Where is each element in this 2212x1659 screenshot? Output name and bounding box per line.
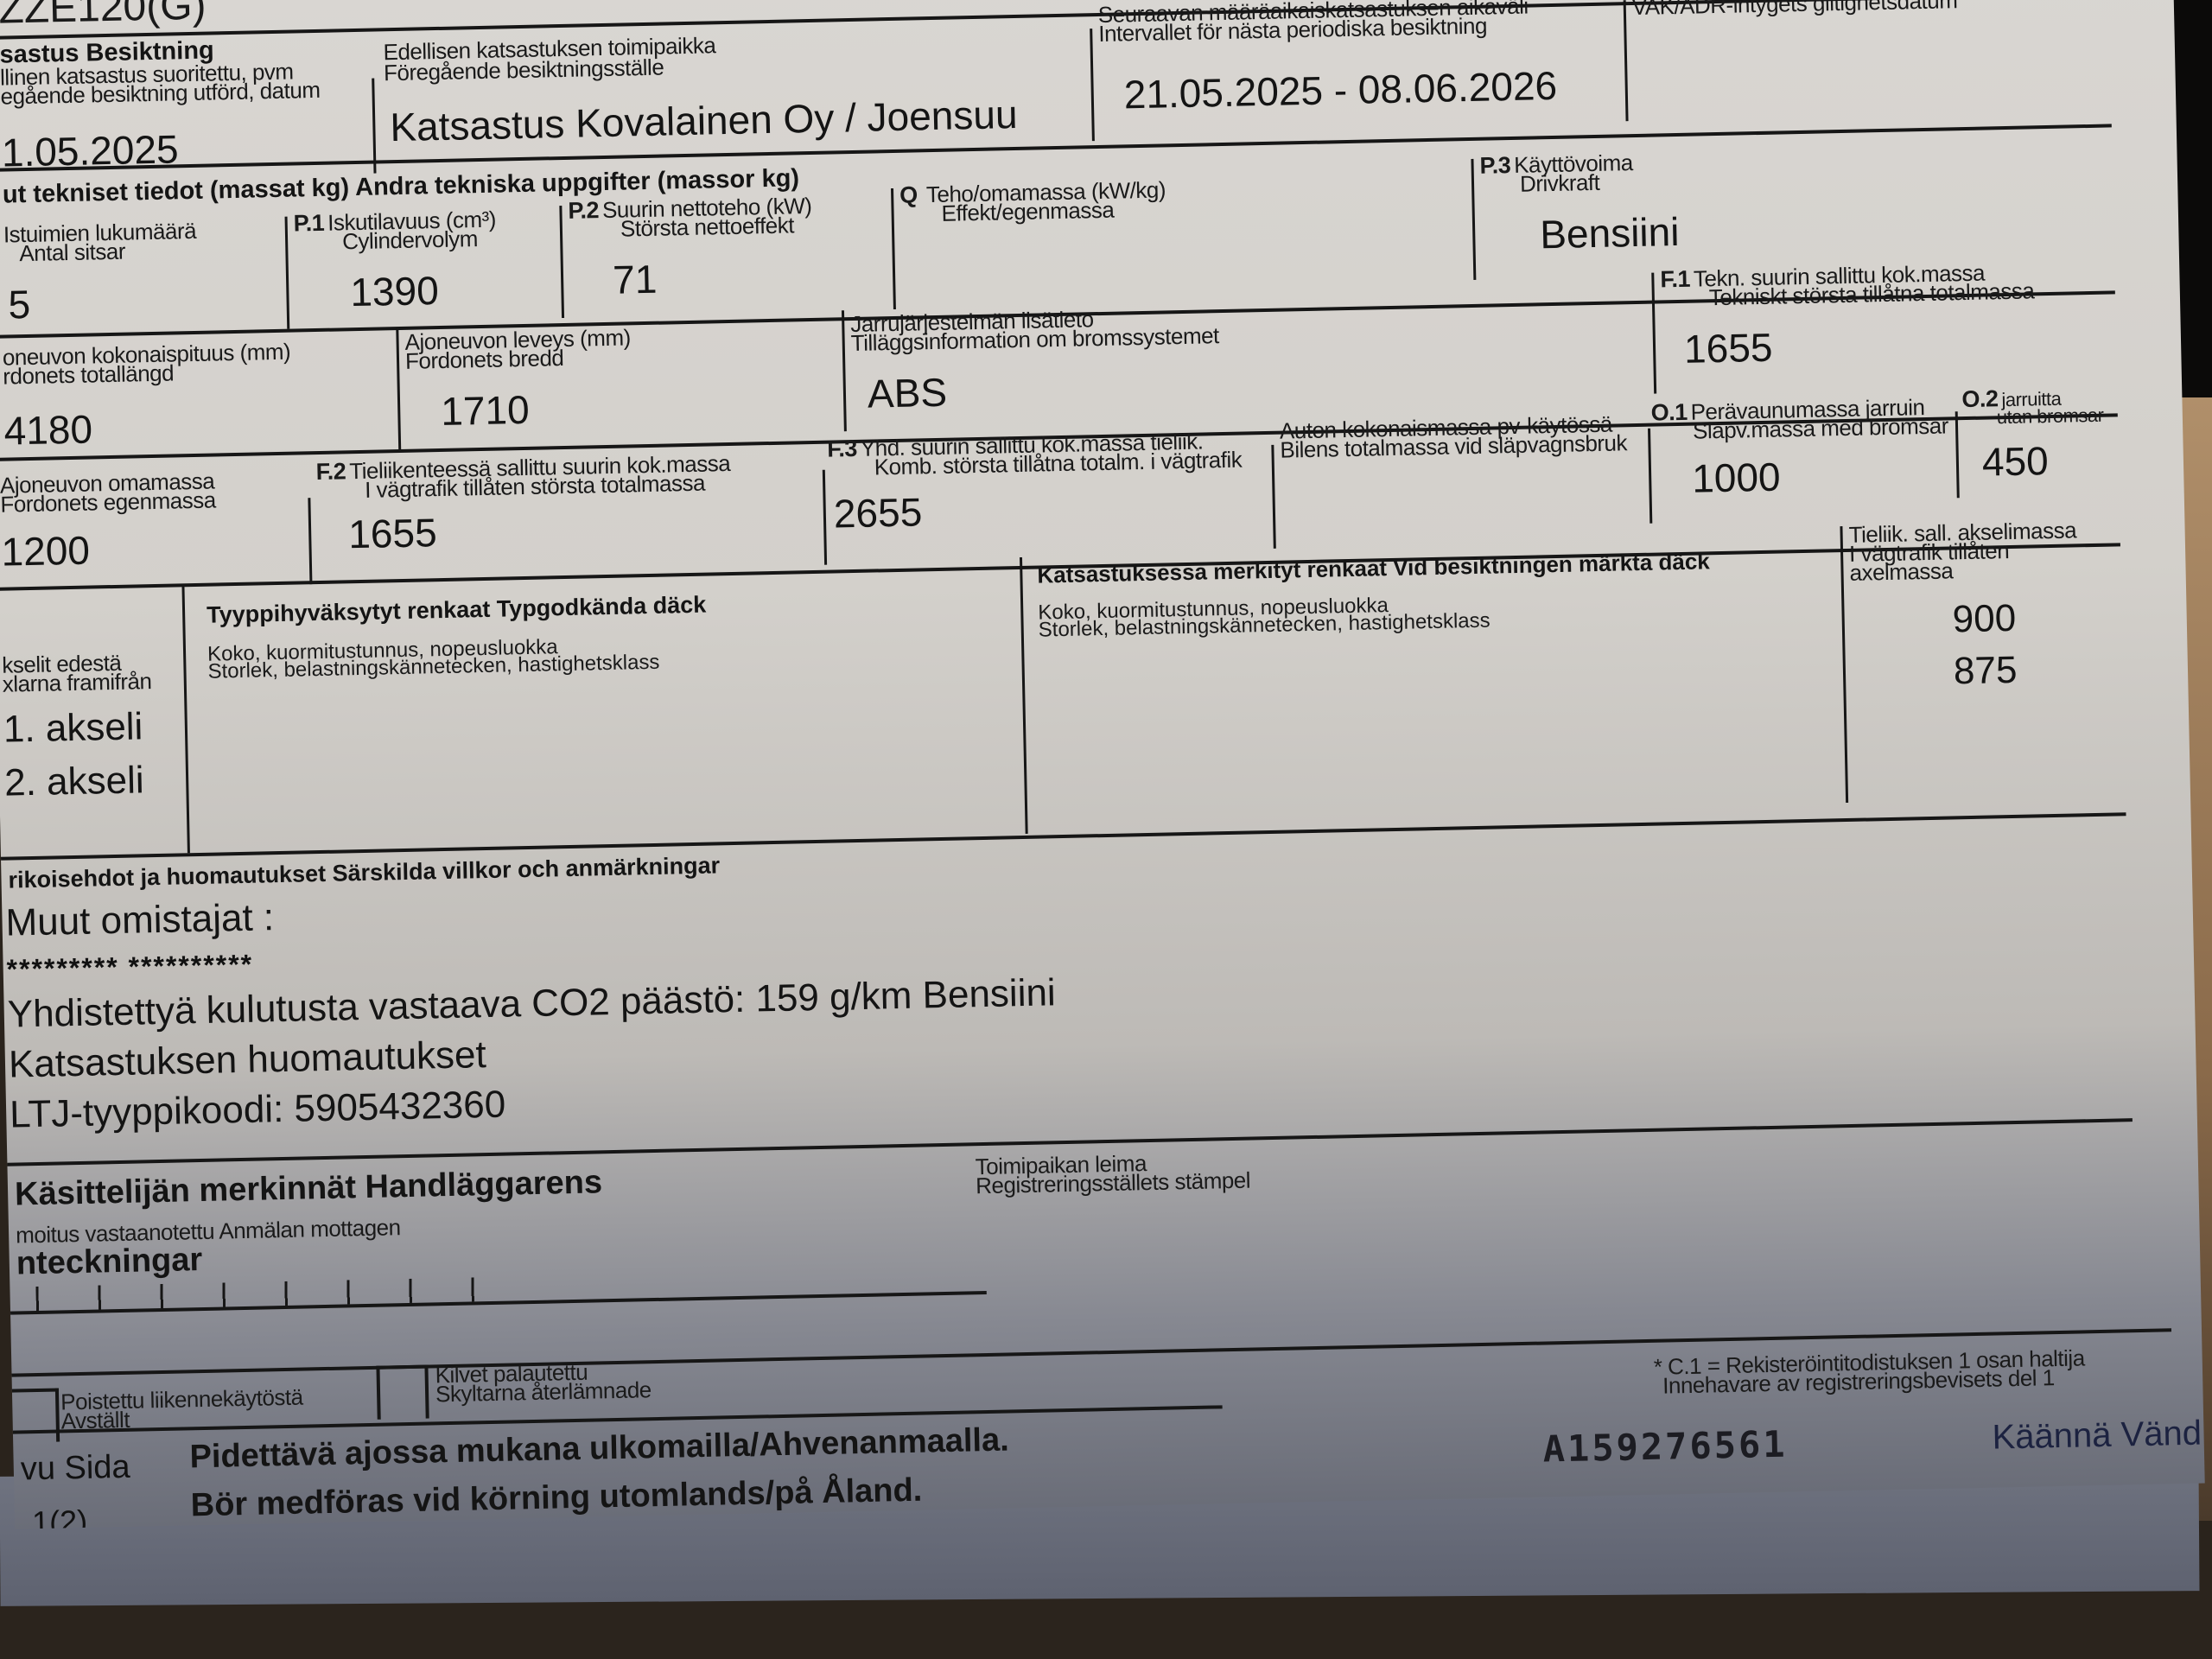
max-power-value: 71 — [613, 256, 658, 303]
axle-2-mass-value: 875 — [1953, 649, 2017, 694]
holder-note-2: Innehavare av registreringsbevisets del … — [1662, 1367, 2055, 1395]
curb-mass-label-sv: Fordonets egenmassa — [0, 489, 216, 514]
trailer-use-mass-label-sv: Bilens totalmassa vid släpvagnsbruk — [1280, 432, 1627, 460]
divider — [1090, 29, 1095, 141]
power-ratio-code: Q — [899, 181, 918, 207]
divider — [181, 585, 189, 853]
next-interval-value: 21.05.2025 - 08.06.2026 — [1123, 62, 1557, 118]
handler-subtitle: moitus vastaanotettu Anmälan mottagen — [16, 1217, 401, 1245]
trailer-unbraked-code: O.2 — [1961, 385, 1999, 412]
previous-place-label-sv: Föregående besiktningsställe — [384, 57, 664, 84]
handler-title-2: nteckningar — [16, 1242, 202, 1283]
divider — [1020, 557, 1028, 834]
max-power-code: P.2 — [568, 197, 599, 224]
carry-notice-fi: Pidettävä ajossa mukana ulkomailla/Ahven… — [189, 1421, 1009, 1476]
road-max-mass-label-sv: I vägtrafik tillåten största totalmassa — [365, 473, 705, 500]
divider — [1840, 526, 1848, 803]
road-max-mass-code: F.2 — [315, 458, 346, 485]
width-value: 1710 — [441, 386, 530, 435]
trailer-braked-label-sv: Släpv.massa med bromsar — [1693, 415, 1948, 441]
divider — [891, 188, 896, 309]
plates-label-sv: Skyltarna återlämnade — [435, 1379, 652, 1404]
next-interval-label-sv: Intervallet för nästa periodiska besiktn… — [1098, 16, 1487, 44]
stamp-label-sv: Registreringsställets stämpel — [976, 1170, 1250, 1197]
tech-max-mass-code: F.1 — [1660, 266, 1690, 293]
remarks-section-title: rikoisehdot ja huomautukset Särskilda vi… — [8, 852, 720, 893]
fuel-label-sv: Drivkraft — [1520, 172, 1600, 194]
divider — [1651, 273, 1656, 394]
divider — [372, 79, 376, 174]
axle-1-label: 1. akseli — [3, 705, 143, 751]
axle-label-sv: xlarna framifrån — [3, 671, 152, 695]
divider — [1648, 429, 1652, 524]
divider — [285, 217, 290, 329]
length-value: 4180 — [3, 405, 92, 454]
brake-info-value: ABS — [867, 369, 947, 417]
displacement-label-sv: Cylindervolym — [342, 228, 478, 251]
inspection-marked-tyres-title: Katsastuksessa merkityt renkaat Vid besi… — [1037, 548, 1710, 588]
remarks-line-inspection-notes: Katsastuksen huomautukset — [9, 1033, 487, 1087]
turn-page-label: Käännä Vänd — [1992, 1414, 2202, 1458]
handler-title: Käsittelijän merkinnät Handläggarens — [15, 1164, 603, 1213]
divider — [1955, 411, 1960, 498]
registration-certificate-page: ZZE120(G) sastus Besiktning llinen katsa… — [0, 0, 2205, 1529]
page-number: 1(2) — [32, 1503, 88, 1529]
axle-2-label: 2. akseli — [4, 759, 144, 804]
combo-max-mass-code: F.3 — [827, 435, 857, 462]
trailer-braked-value: 1000 — [1692, 454, 1781, 502]
header-code: ZZE120(G) — [0, 0, 207, 34]
divider — [842, 310, 847, 431]
fuel-value: Bensiini — [1540, 208, 1680, 257]
remarks-line-owners: Muut omistajat : — [5, 896, 275, 944]
axle-1-mass-value: 900 — [1952, 597, 2016, 642]
combo-max-mass-value: 2655 — [833, 488, 922, 537]
previous-place-value: Katsastus Kovalainen Oy / Joensuu — [390, 91, 1018, 150]
plates-returned-checkbox[interactable] — [376, 1365, 429, 1420]
seats-value: 5 — [8, 281, 31, 328]
serial-number: A159276561 — [1542, 1423, 1788, 1471]
divider — [1471, 159, 1476, 280]
trailer-braked-code: O.1 — [1650, 399, 1688, 426]
divider — [0, 124, 2112, 172]
remarks-line-type-code: LTJ-tyyppikoodi: 5905432360 — [10, 1084, 506, 1137]
displacement-value: 1390 — [350, 267, 439, 315]
divider — [559, 206, 564, 318]
divider — [1624, 0, 1629, 121]
displacement-code: P.1 — [293, 210, 324, 237]
trailer-unbraked-value: 450 — [1981, 437, 2049, 486]
axle-mass-label-3: axelmassa — [1849, 560, 1953, 583]
remarks-line-masked-owners: ********* ********** — [6, 949, 253, 986]
page-label: vu Sida — [20, 1449, 130, 1489]
fuel-code: P.3 — [1479, 152, 1510, 179]
divider — [1, 812, 2126, 861]
divider — [308, 498, 312, 584]
brake-info-label-sv: Tilläggsinformation om bromssystemet — [850, 325, 1218, 353]
length-label-sv: rdonets totallängd — [3, 362, 174, 386]
road-max-mass-value: 1655 — [348, 509, 437, 557]
power-ratio-label-sv: Effekt/egenmassa — [941, 200, 1114, 224]
tech-max-mass-value: 1655 — [1684, 324, 1773, 372]
tech-max-mass-label-sv: Tekniskt största tillåtna totalmassa — [1709, 280, 2035, 308]
type-approved-tyres-title: Tyyppihyväksytyt renkaat Typgodkända däc… — [207, 592, 707, 629]
seats-label-sv: Antal sitsar — [19, 241, 125, 264]
removed-checkbox[interactable] — [7, 1389, 60, 1443]
max-power-label-sv: Största nettoeffekt — [620, 214, 795, 238]
handler-date-ticks — [35, 1276, 519, 1311]
divider — [396, 328, 401, 449]
combo-max-mass-label-sv: Komb. största tillåtna totalm. i vägtraf… — [874, 449, 1243, 478]
curb-mass-value: 1200 — [1, 527, 90, 575]
divider — [1271, 445, 1276, 549]
last-inspection-label-sv: egående besiktning utförd, datum — [0, 79, 320, 107]
divider — [823, 470, 827, 565]
width-label-sv: Fordonets bredd — [405, 347, 564, 372]
adr-label-sv: VAK/ADR-intygets giltighetsdatum — [1632, 0, 1958, 17]
trailer-unbraked-label-sv: utan bromsar — [1997, 405, 2104, 429]
